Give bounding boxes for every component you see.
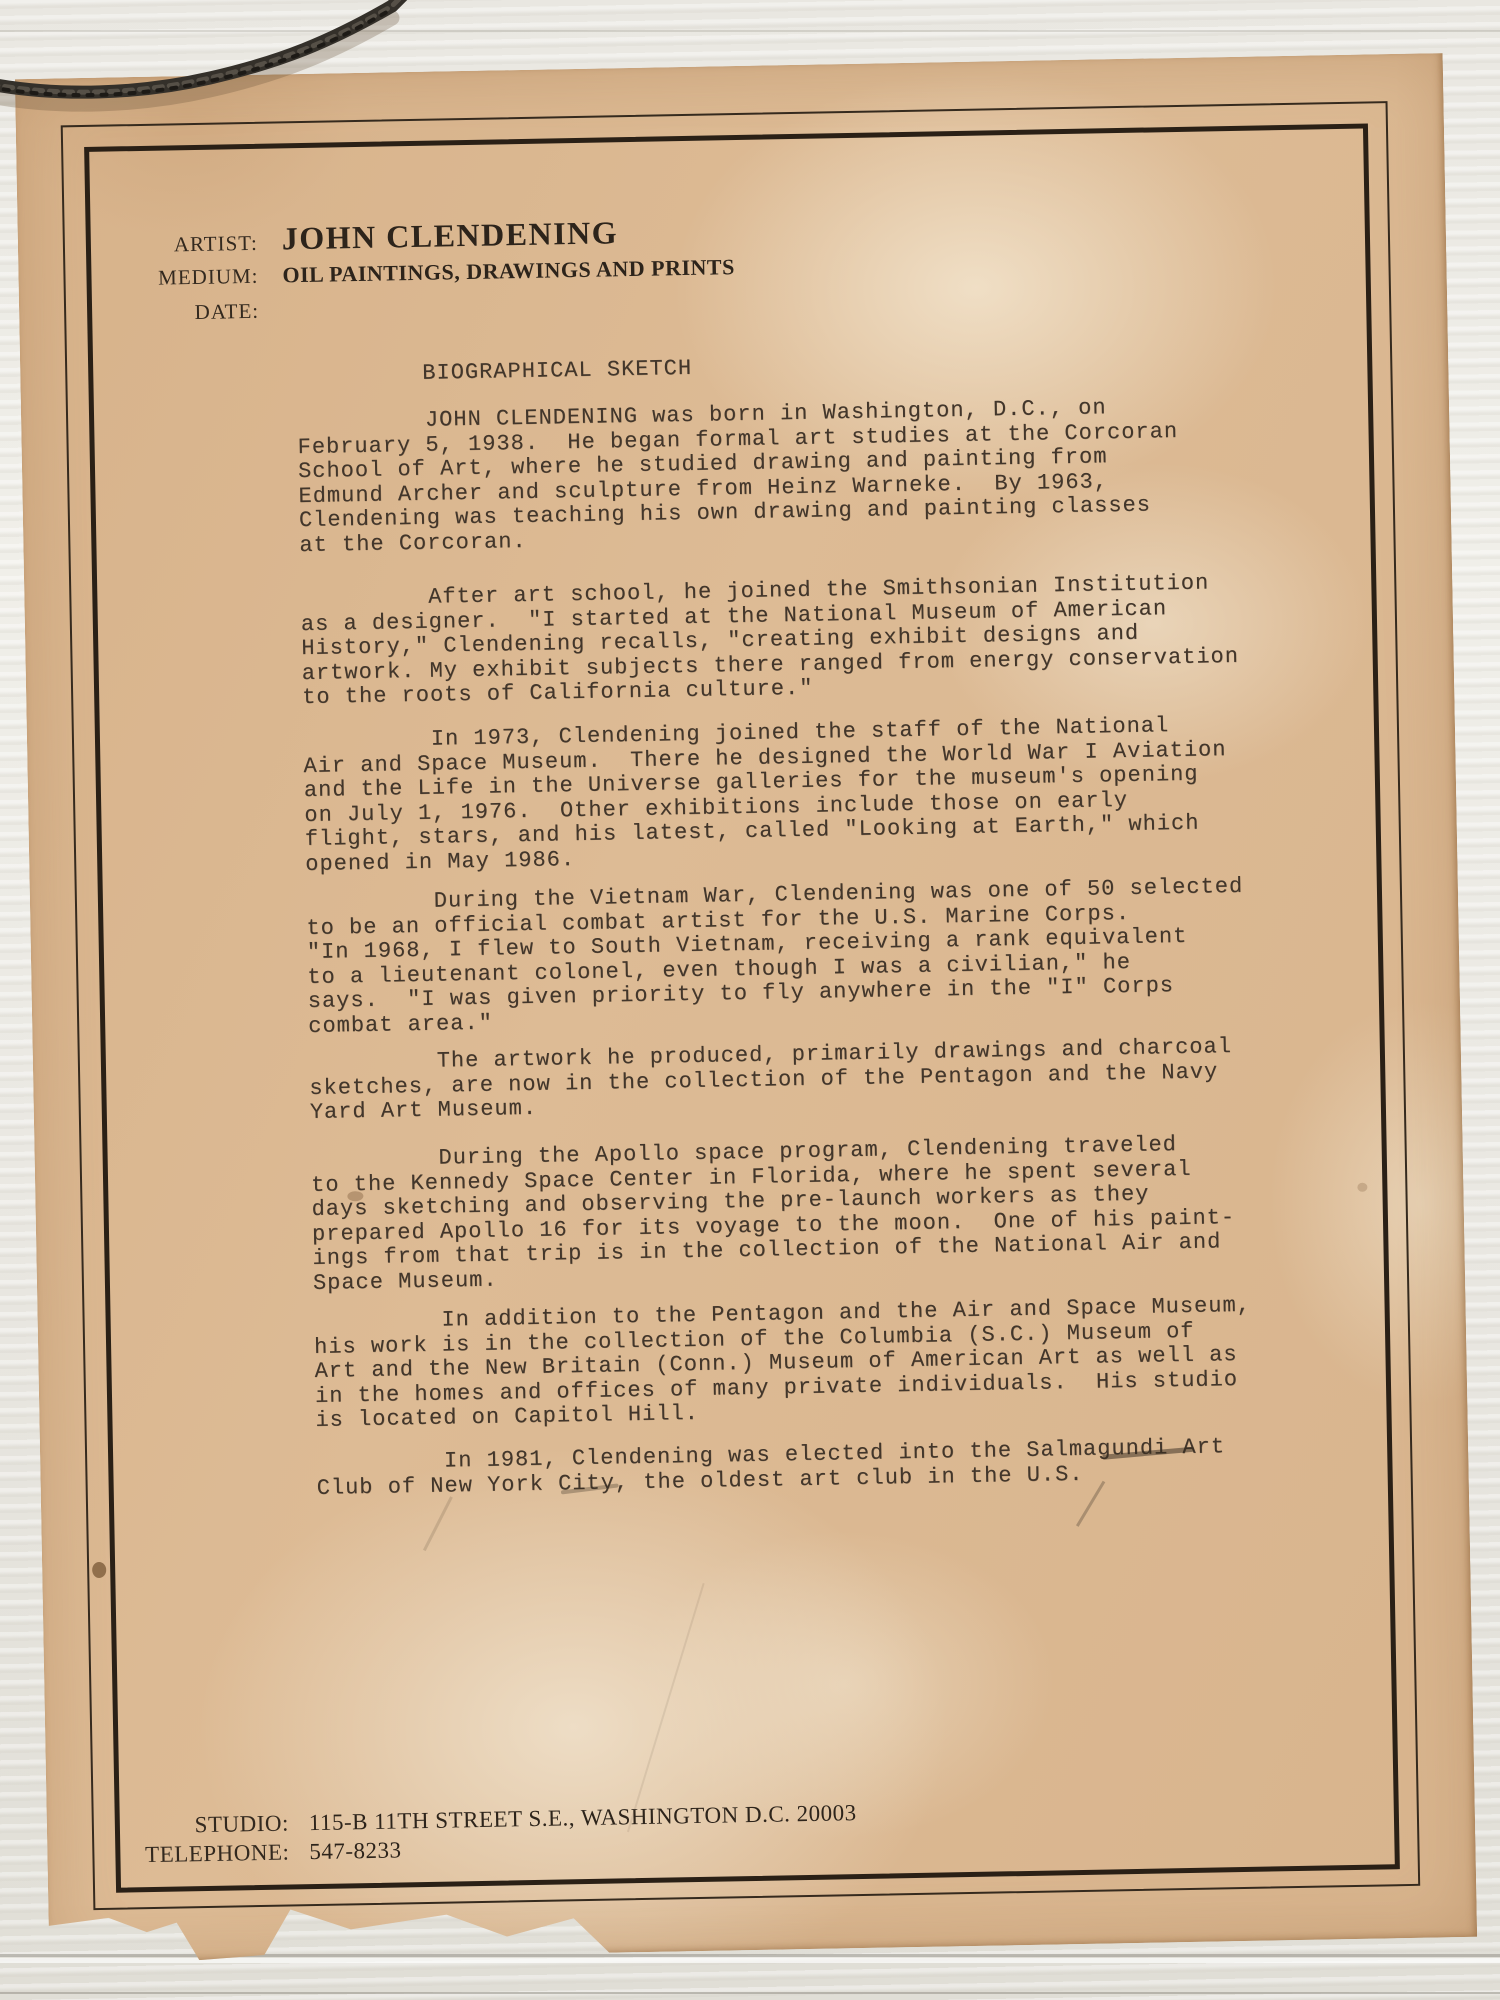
document-page: ARTIST: JOHN CLENDENING MEDIUM: OIL PAIN… bbox=[15, 53, 1477, 1963]
wood-plank-groove bbox=[0, 1992, 1500, 1994]
medium-label: MEDIUM: bbox=[18, 264, 258, 293]
paragraph-3: In 1973, Clendening joined the staff of … bbox=[303, 713, 1229, 877]
biographical-sketch-title: BIOGRAPHICAL SKETCH bbox=[422, 357, 692, 387]
paragraph-6: During the Apollo space program, Clenden… bbox=[311, 1132, 1237, 1296]
paragraph-4: During the Vietnam War, Clendening was o… bbox=[306, 875, 1246, 1040]
wood-plank-highlight bbox=[0, 1958, 1500, 1963]
studio-label: STUDIO: bbox=[47, 1811, 289, 1841]
document-header: ARTIST: JOHN CLENDENING MEDIUM: OIL PAIN… bbox=[18, 205, 1120, 339]
date-label: DATE: bbox=[19, 299, 259, 328]
twisted-cord bbox=[0, 0, 480, 150]
paragraph-7: In addition to the Pentagon and the Air … bbox=[313, 1294, 1252, 1434]
artist-label: ARTIST: bbox=[18, 231, 258, 260]
paragraph-1: JOHN CLENDENING was born in Washington, … bbox=[297, 395, 1180, 559]
telephone-label: TELEPHONE: bbox=[47, 1840, 289, 1870]
telephone-number: 547-8233 bbox=[309, 1837, 402, 1865]
artist-name: JOHN CLENDENING bbox=[281, 214, 618, 257]
paragraph-2: After art school, he joined the Smithson… bbox=[300, 571, 1239, 711]
